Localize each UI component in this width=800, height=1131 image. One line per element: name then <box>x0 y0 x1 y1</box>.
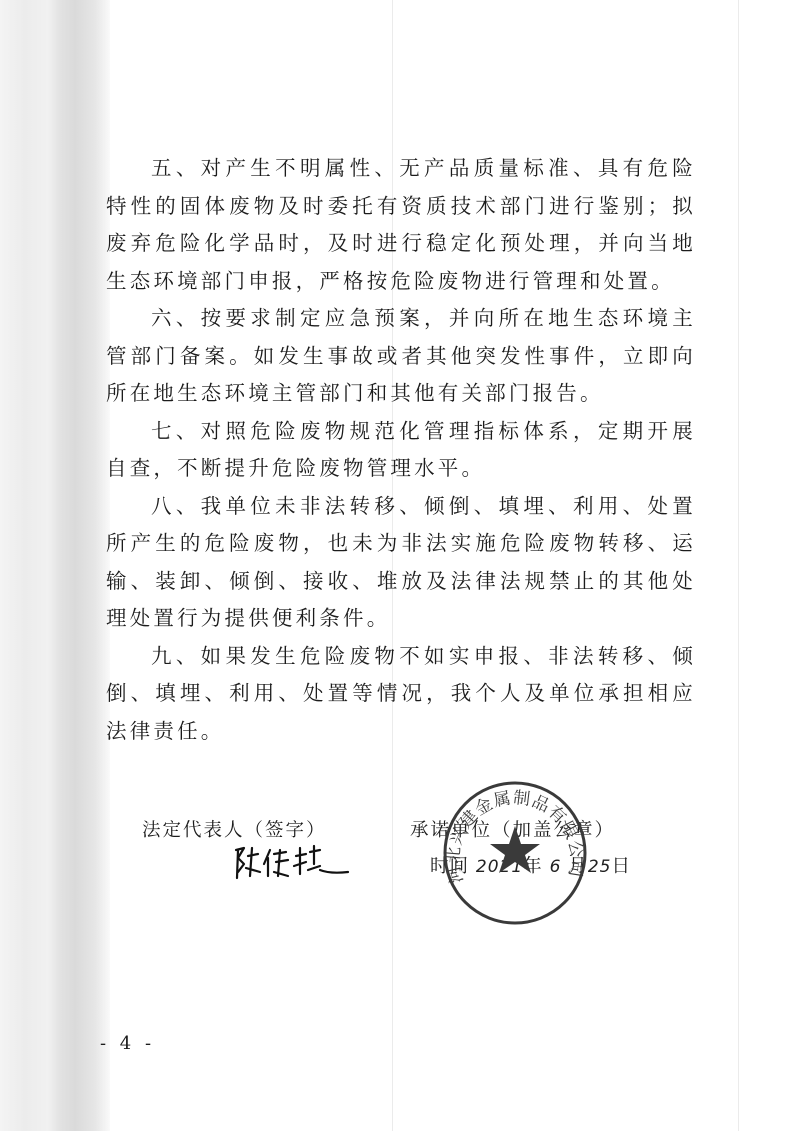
clause-7: 七、对照危险废物规范化管理指标体系，定期开展自查，不断提升危险废物管理水平。 <box>106 413 696 488</box>
clause-9: 九、如果发生危险废物不如实申报、非法转移、倾倒、填埋、利用、处置等情况，我个人及… <box>106 638 696 751</box>
legal-representative-label: 法定代表人（签字） <box>142 816 327 842</box>
page-number: - 4 - <box>100 1033 155 1054</box>
clause-8: 八、我单位未非法转移、倾倒、填埋、利用、处置所产生的危险废物，也未为非法实施危险… <box>106 488 696 638</box>
commitment-body: 五、对产生不明属性、无产品质量标准、具有危险特性的固体废物及时委托有资质技术部门… <box>106 150 696 750</box>
seal-star-icon <box>490 826 540 873</box>
handwritten-signature <box>230 842 350 884</box>
date-day: 25 <box>588 857 612 877</box>
scan-artifact-line <box>738 0 739 1131</box>
scan-shadow-band <box>0 0 110 1131</box>
clause-5: 五、对产生不明属性、无产品质量标准、具有危险特性的固体废物及时委托有资质技术部门… <box>106 150 696 300</box>
clause-6: 六、按要求制定应急预案，并向所在地生态环境主管部门备案。如发生事故或者其他突发性… <box>106 300 696 413</box>
company-seal: 河北兴建金属制品有限公司 <box>440 778 590 928</box>
date-day-suffix: 日 <box>611 856 631 877</box>
